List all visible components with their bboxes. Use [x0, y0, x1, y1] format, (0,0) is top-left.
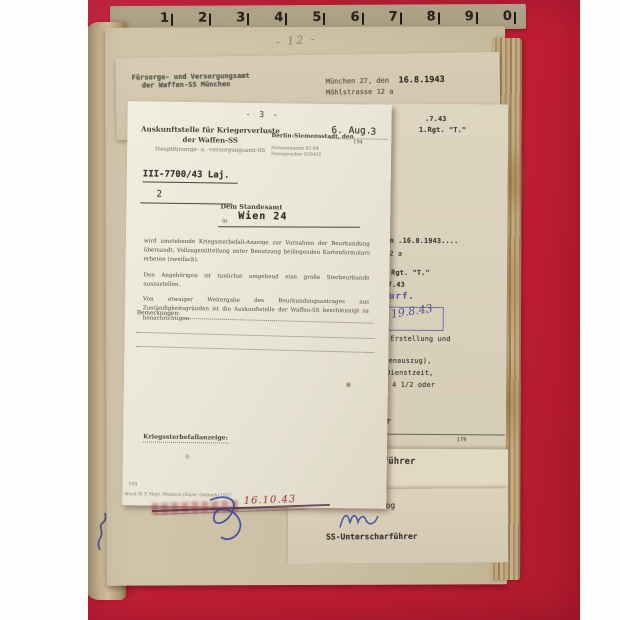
file-reference: III-7700/43 Laj.	[143, 169, 238, 183]
ruler-mark: 3	[236, 10, 249, 25]
ruler-mark: 1	[160, 11, 173, 26]
body-paragraph-1: wird umstehende Kriegssterbefall-Anzeige…	[144, 237, 370, 268]
fragment-date-top: .7.43	[425, 115, 447, 123]
form-number: 194	[128, 482, 137, 487]
ruler-mark: 8	[427, 9, 440, 24]
city-date-label: München 27, den	[326, 77, 389, 86]
form-page-number: - 3 -	[246, 110, 280, 119]
typed-year: 3	[370, 127, 376, 138]
paper-spot	[346, 382, 351, 387]
copy-number: 2	[156, 190, 162, 200]
ruler-tick	[361, 12, 363, 24]
in-label: in	[222, 219, 227, 225]
footer-label: Kriegssterbefallanzeige:	[143, 433, 228, 443]
recipient-underline	[218, 226, 360, 227]
ruler-mark: 7	[389, 10, 402, 25]
ruler-tick	[476, 12, 478, 24]
remarks-line	[136, 346, 374, 353]
ruler-number: 7	[389, 10, 398, 25]
ruler-tick	[171, 13, 173, 25]
handwritten-signature-icon	[336, 507, 382, 533]
corner-number: 179	[457, 437, 467, 443]
ruler-tick	[323, 12, 325, 24]
office-line3: Hauptfürsorge- u. -versorgungsamt-SS	[131, 146, 289, 154]
ruler-mark: 9	[465, 9, 478, 24]
typed-date: 6. Aug.	[331, 125, 371, 137]
ruler-number: 9	[465, 9, 474, 24]
ruler-tick	[514, 11, 516, 23]
form-body: wird umstehende Kriegssterbefall-Anzeige…	[143, 237, 370, 332]
fragment-regiment-top: 1.Rgt. "T."	[419, 126, 466, 134]
ruler-tick	[438, 12, 440, 24]
ruler-number: 6	[350, 10, 359, 25]
red-binder-background: 1 2 3 4 5 6 7 8 9 0 - 12 - Fürsorge- und…	[88, 0, 580, 620]
body-paragraph-2: Den Angehörigen ist tunlichst umgehend e…	[143, 271, 369, 293]
sender-line2: der Waffen-SS München	[142, 80, 250, 90]
ruler-mark: 2	[198, 11, 211, 26]
handwritten-initials-icon	[200, 492, 250, 548]
contact-line2: Fernsprecher 930431	[271, 152, 322, 158]
auskunftstelle-form: - 3 - Auskunftstelle für Kriegerverluste…	[122, 101, 392, 509]
remarks-line	[137, 332, 375, 339]
ruler-number: 2	[198, 11, 207, 26]
ruler-number: 1	[160, 11, 169, 26]
ruler-mark: 4	[274, 10, 287, 25]
remarks-label: Bemerkungen:	[137, 310, 180, 317]
office-line2: der Waffen-SS	[131, 134, 289, 145]
ruler-number: 3	[236, 10, 245, 25]
recipient-city: Wien 24	[238, 211, 287, 223]
paper-spot	[185, 454, 190, 459]
rank-line: SS-Unterscharführer	[326, 532, 418, 542]
letter-date: 16.8.1943	[399, 75, 445, 86]
ruler-tick	[247, 13, 249, 25]
street-line: Möhlstrasse 12 a	[326, 87, 445, 97]
ruler-number: 4	[274, 10, 283, 25]
photo-scene: 1 2 3 4 5 6 7 8 9 0 - 12 - Fürsorge- und…	[0, 0, 620, 620]
ruler-mark: 5	[312, 10, 325, 25]
ruler-tick	[285, 13, 287, 25]
ruler-number: 5	[312, 10, 321, 25]
handwritten-sent-date: 19.8.43	[390, 302, 433, 321]
ruler-number: 8	[427, 9, 436, 24]
year-printed: 194	[353, 139, 363, 145]
ruler-tick	[400, 12, 402, 24]
contact-line1: Nonnendamm 82-84	[271, 146, 319, 152]
ruler-number: 0	[503, 9, 512, 24]
ruler-mark: 0	[503, 9, 516, 24]
ruler-tick	[209, 13, 211, 25]
ruler-mark: 6	[350, 10, 363, 25]
lower-sheet-1: arführer	[370, 449, 508, 490]
